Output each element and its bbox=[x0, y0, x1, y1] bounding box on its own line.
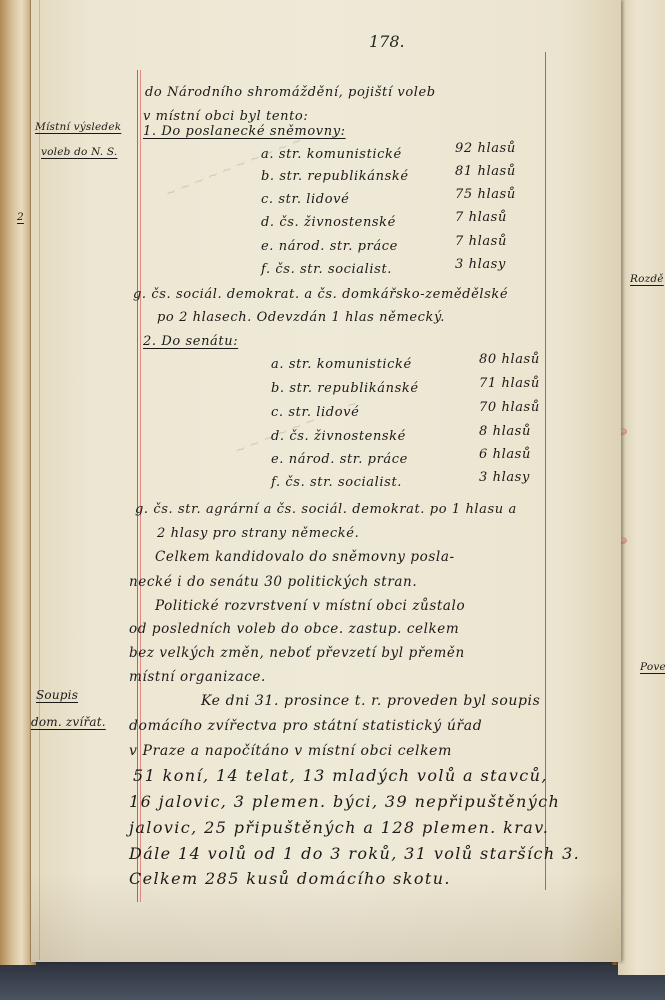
vote-count: 75 hlasů bbox=[455, 188, 516, 201]
vote-count: 8 hlasů bbox=[479, 425, 531, 438]
text-line: od posledních voleb do obce. zastup. cel… bbox=[129, 623, 459, 637]
chronicle-page: ~ ~ ~ ~ ~ ~ ~ ~ ~ ~ ~ ~ ~ ~ ~ ~ ~ ~ ~ 17… bbox=[30, 0, 621, 962]
vote-count: 81 hlasů bbox=[455, 165, 516, 178]
text-line: Celkem 285 kusů domácího skotu. bbox=[129, 871, 451, 887]
margin-pencil-rule bbox=[39, 0, 40, 960]
party-item: b. str. republikánské bbox=[271, 382, 419, 395]
vote-count: 92 hlasů bbox=[455, 142, 516, 155]
text-line: Celkem kandidovalo do sněmovny posla- bbox=[155, 551, 455, 565]
margin-note-election: Místní výsledek bbox=[35, 122, 121, 133]
text-line: g. čs. str. agrární a čs. sociál. demokr… bbox=[135, 503, 517, 516]
margin-item-number: 2 bbox=[17, 212, 24, 223]
party-item: a. str. komunistické bbox=[271, 358, 412, 371]
section-heading-senate: 2. Do senátu: bbox=[143, 335, 238, 348]
text-line: 16 jalovic, 3 plemen. býci, 39 nepřipušt… bbox=[129, 794, 560, 810]
party-item: f. čs. str. socialist. bbox=[271, 476, 402, 489]
party-item: c. str. lidové bbox=[271, 406, 359, 419]
party-item: b. str. republikánské bbox=[261, 170, 409, 183]
text-line: Ke dni 31. prosince t. r. proveden byl s… bbox=[201, 694, 540, 708]
right-margin-rule bbox=[545, 52, 546, 890]
text-line: místní organizace. bbox=[129, 671, 266, 685]
facing-page-note: Pove bbox=[640, 662, 665, 673]
text-line: v Praze a napočítáno v místní obci celke… bbox=[129, 744, 452, 758]
margin-note-census: dom. zvířat. bbox=[31, 716, 106, 728]
party-item: c. str. lidové bbox=[261, 193, 349, 206]
party-item: e. národ. str. práce bbox=[271, 453, 408, 466]
facing-page-note: Rozdě bbox=[630, 274, 664, 285]
section-heading-chamber: 1. Do poslanecké sněmovny: bbox=[143, 125, 346, 138]
text-line: bez velkých změn, neboť převzetí byl pře… bbox=[129, 647, 465, 661]
margin-note-election: voleb do N. S. bbox=[41, 147, 117, 158]
text-line: jalovic, 25 připuštěných a 128 plemen. k… bbox=[129, 820, 549, 836]
text-line: do Národního shromáždění, pojiští voleb bbox=[145, 86, 436, 99]
party-item: e. národ. str. práce bbox=[261, 240, 398, 253]
vote-count: 7 hlasů bbox=[455, 235, 507, 248]
text-line: domácího zvířectva pro státní statistick… bbox=[129, 719, 482, 733]
vote-count: 71 hlasů bbox=[479, 377, 540, 390]
party-item: d. čs. živnostenské bbox=[261, 216, 396, 229]
vote-count: 3 hlasy bbox=[479, 471, 530, 484]
vote-count: 80 hlasů bbox=[479, 353, 540, 366]
text-line: Dále 14 volů od 1 do 3 roků, 31 volů sta… bbox=[129, 846, 580, 862]
text-line: necké i do senátu 30 politických stran. bbox=[129, 576, 417, 590]
party-item: d. čs. živnostenské bbox=[271, 430, 406, 443]
text-line: v místní obci byl tento: bbox=[143, 110, 308, 123]
vote-count: 6 hlasů bbox=[479, 448, 531, 461]
vote-count: 3 hlasy bbox=[455, 258, 506, 271]
page-number: 178. bbox=[369, 32, 405, 51]
text-line: Politické rozvrstvení v místní obci zůst… bbox=[155, 600, 465, 614]
text-line: po 2 hlasech. Odevzdán 1 hlas německý. bbox=[157, 311, 445, 324]
vote-count: 7 hlasů bbox=[455, 211, 507, 224]
party-item: a. str. komunistické bbox=[261, 148, 402, 161]
margin-note-census: Soupis bbox=[36, 689, 78, 701]
text-line: g. čs. sociál. demokrat. a čs. domkářsko… bbox=[133, 288, 508, 301]
vote-count: 70 hlasů bbox=[479, 401, 540, 414]
text-line: 2 hlasy pro strany německé. bbox=[157, 527, 359, 540]
text-line: 51 koní, 14 telat, 13 mladých volů a sta… bbox=[133, 768, 548, 784]
facing-page: Rozdě Pove bbox=[618, 0, 665, 975]
party-item: f. čs. str. socialist. bbox=[261, 263, 392, 276]
desk-background bbox=[0, 960, 665, 1000]
